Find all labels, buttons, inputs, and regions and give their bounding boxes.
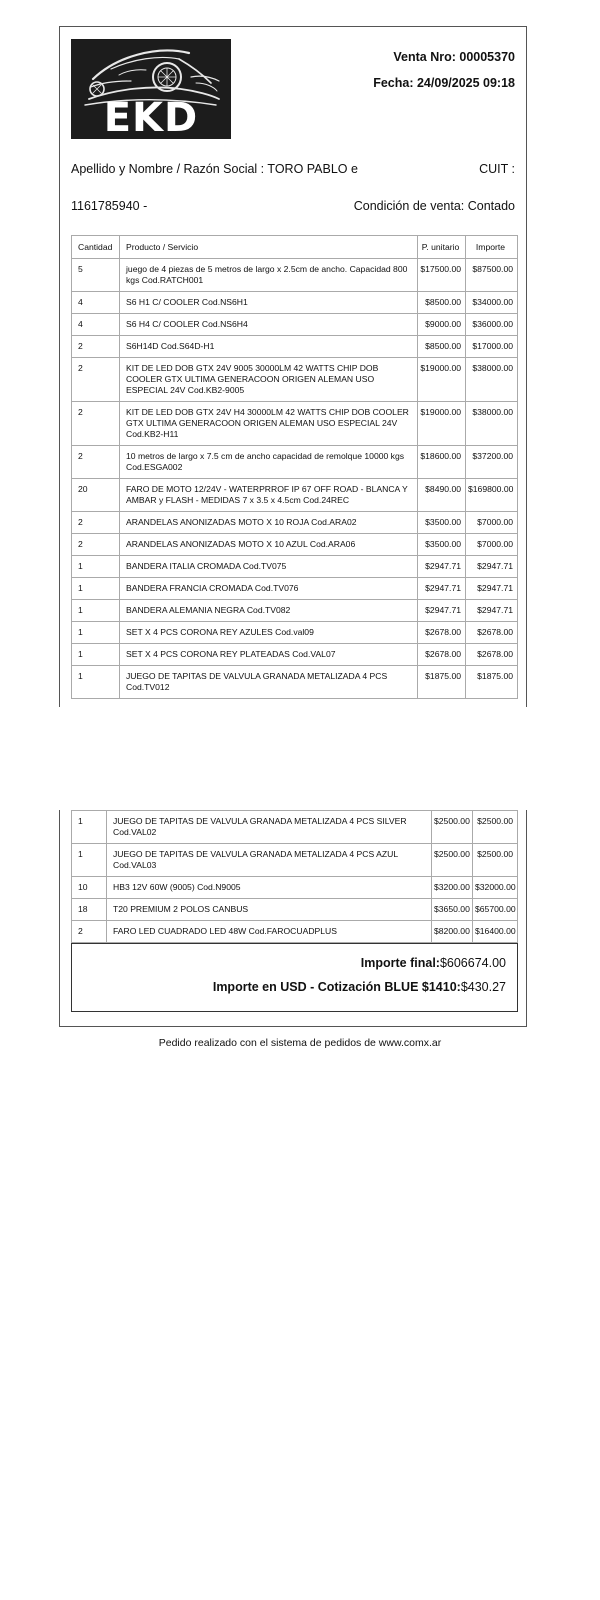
table-row: 2S6H14D Cod.S64D-H1$8500.00$17000.00 — [72, 336, 518, 358]
row-product: JUEGO DE TAPITAS DE VALVULA GRANADA META… — [107, 844, 432, 877]
items-table-continued: 1JUEGO DE TAPITAS DE VALVULA GRANADA MET… — [71, 810, 518, 943]
header-product: Producto / Servicio — [120, 236, 418, 259]
row-unit-price: $3650.00 — [432, 899, 473, 921]
row-product: S6H14D Cod.S64D-H1 — [120, 336, 418, 358]
row-product: T20 PREMIUM 2 POLOS CANBUS — [107, 899, 432, 921]
table-row: 1SET X 4 PCS CORONA REY AZULES Cod.val09… — [72, 622, 518, 644]
row-unit-price: $2947.71 — [418, 600, 466, 622]
company-logo: EKD — [71, 39, 231, 139]
row-quantity: 1 — [72, 811, 107, 844]
row-quantity: 4 — [72, 314, 120, 336]
row-product: BANDERA ITALIA CROMADA Cod.TV075 — [120, 556, 418, 578]
table-row: 5juego de 4 piezas de 5 metros de largo … — [72, 259, 518, 292]
row-unit-price: $3500.00 — [418, 512, 466, 534]
row-unit-price: $2947.71 — [418, 556, 466, 578]
row-unit-price: $2500.00 — [432, 811, 473, 844]
table-row: 1BANDERA ALEMANIA NEGRA Cod.TV082$2947.7… — [72, 600, 518, 622]
table-row: 1JUEGO DE TAPITAS DE VALVULA GRANADA MET… — [72, 844, 518, 877]
row-unit-price: $8490.00 — [418, 479, 466, 512]
table-row: 20FARO DE MOTO 12/24V - WATERPRROF IP 67… — [72, 479, 518, 512]
usd-amount: Importe en USD - Cotización BLUE $1410:$… — [213, 980, 506, 994]
row-product: JUEGO DE TAPITAS DE VALVULA GRANADA META… — [120, 666, 418, 699]
sale-number: Venta Nro: 00005370 — [393, 50, 515, 64]
customer-name: Apellido y Nombre / Razón Social : TORO … — [71, 162, 358, 176]
row-quantity: 5 — [72, 259, 120, 292]
row-amount: $17000.00 — [466, 336, 518, 358]
row-amount: $7000.00 — [466, 512, 518, 534]
row-unit-price: $1875.00 — [418, 666, 466, 699]
row-unit-price: $3200.00 — [432, 877, 473, 899]
table-row: 18T20 PREMIUM 2 POLOS CANBUS$3650.00$657… — [72, 899, 518, 921]
row-amount: $36000.00 — [466, 314, 518, 336]
row-amount: $2500.00 — [473, 844, 518, 877]
customer-phone: 1161785940 - — [71, 199, 147, 213]
row-amount: $7000.00 — [466, 534, 518, 556]
row-amount: $65700.00 — [473, 899, 518, 921]
row-amount: $2500.00 — [473, 811, 518, 844]
row-unit-price: $2947.71 — [418, 578, 466, 600]
invoice-page-1: EKD Venta Nro: 00005370 Fecha: 24/09/202… — [59, 26, 527, 707]
row-quantity: 2 — [72, 446, 120, 479]
row-product: juego de 4 piezas de 5 metros de largo x… — [120, 259, 418, 292]
logo-text: EKD — [71, 95, 231, 139]
row-product: HB3 12V 60W (9005) Cod.N9005 — [107, 877, 432, 899]
row-quantity: 2 — [72, 336, 120, 358]
row-amount: $16400.00 — [473, 921, 518, 943]
row-amount: $87500.00 — [466, 259, 518, 292]
row-amount: $38000.00 — [466, 358, 518, 402]
row-quantity: 10 — [72, 877, 107, 899]
row-amount: $34000.00 — [466, 292, 518, 314]
row-quantity: 18 — [72, 899, 107, 921]
table-row: 1JUEGO DE TAPITAS DE VALVULA GRANADA MET… — [72, 666, 518, 699]
items-table: Cantidad Producto / Servicio P. unitario… — [71, 235, 518, 699]
header-unit-price: P. unitario — [418, 236, 466, 259]
final-amount: Importe final:$606674.00 — [361, 956, 506, 970]
table-row: 2ARANDELAS ANONIZADAS MOTO X 10 AZUL Cod… — [72, 534, 518, 556]
row-product: KIT DE LED DOB GTX 24V 9005 30000LM 42 W… — [120, 358, 418, 402]
row-product: ARANDELAS ANONIZADAS MOTO X 10 ROJA Cod.… — [120, 512, 418, 534]
row-product: S6 H4 C/ COOLER Cod.NS6H4 — [120, 314, 418, 336]
row-quantity: 2 — [72, 512, 120, 534]
row-quantity: 1 — [72, 666, 120, 699]
row-product: JUEGO DE TAPITAS DE VALVULA GRANADA META… — [107, 811, 432, 844]
row-amount: $38000.00 — [466, 402, 518, 446]
sale-condition: Condición de venta: Contado — [354, 199, 515, 213]
table-row: 2ARANDELAS ANONIZADAS MOTO X 10 ROJA Cod… — [72, 512, 518, 534]
row-amount: $32000.00 — [473, 877, 518, 899]
row-product: BANDERA FRANCIA CROMADA Cod.TV076 — [120, 578, 418, 600]
table-row: 4S6 H1 C/ COOLER Cod.NS6H1$8500.00$34000… — [72, 292, 518, 314]
row-quantity: 2 — [72, 534, 120, 556]
row-unit-price: $19000.00 — [418, 358, 466, 402]
row-quantity: 2 — [72, 921, 107, 943]
totals-box: Importe final:$606674.00 Importe en USD … — [71, 943, 518, 1012]
row-amount: $2947.71 — [466, 600, 518, 622]
table-row: 2KIT DE LED DOB GTX 24V 9005 30000LM 42 … — [72, 358, 518, 402]
row-product: S6 H1 C/ COOLER Cod.NS6H1 — [120, 292, 418, 314]
sale-date: Fecha: 24/09/2025 09:18 — [373, 76, 515, 90]
table-header-row: Cantidad Producto / Servicio P. unitario… — [72, 236, 518, 259]
table-row: 2KIT DE LED DOB GTX 24V H4 30000LM 42 WA… — [72, 402, 518, 446]
row-unit-price: $17500.00 — [418, 259, 466, 292]
table-row: 4S6 H4 C/ COOLER Cod.NS6H4$9000.00$36000… — [72, 314, 518, 336]
row-quantity: 2 — [72, 402, 120, 446]
table-row: 1BANDERA ITALIA CROMADA Cod.TV075$2947.7… — [72, 556, 518, 578]
row-amount: $1875.00 — [466, 666, 518, 699]
row-amount: $2947.71 — [466, 556, 518, 578]
row-unit-price: $8200.00 — [432, 921, 473, 943]
row-amount: $169800.00 — [466, 479, 518, 512]
row-quantity: 1 — [72, 556, 120, 578]
customer-cuit: CUIT : — [479, 162, 515, 176]
row-unit-price: $2678.00 — [418, 622, 466, 644]
row-unit-price: $9000.00 — [418, 314, 466, 336]
row-product: BANDERA ALEMANIA NEGRA Cod.TV082 — [120, 600, 418, 622]
header-amount: Importe — [466, 236, 518, 259]
invoice-page-2: 1JUEGO DE TAPITAS DE VALVULA GRANADA MET… — [59, 810, 527, 1027]
row-quantity: 1 — [72, 644, 120, 666]
table-row: 210 metros de largo x 7.5 cm de ancho ca… — [72, 446, 518, 479]
footer-note: Pedido realizado con el sistema de pedid… — [0, 1037, 600, 1049]
row-quantity: 20 — [72, 479, 120, 512]
table-row: 10HB3 12V 60W (9005) Cod.N9005$3200.00$3… — [72, 877, 518, 899]
row-unit-price: $8500.00 — [418, 292, 466, 314]
row-amount: $37200.00 — [466, 446, 518, 479]
row-quantity: 4 — [72, 292, 120, 314]
row-product: SET X 4 PCS CORONA REY PLATEADAS Cod.VAL… — [120, 644, 418, 666]
row-unit-price: $8500.00 — [418, 336, 466, 358]
row-product: FARO LED CUADRADO LED 48W Cod.FAROCUADPL… — [107, 921, 432, 943]
table-row: 1SET X 4 PCS CORONA REY PLATEADAS Cod.VA… — [72, 644, 518, 666]
row-unit-price: $3500.00 — [418, 534, 466, 556]
table-row: 2FARO LED CUADRADO LED 48W Cod.FAROCUADP… — [72, 921, 518, 943]
table-row: 1BANDERA FRANCIA CROMADA Cod.TV076$2947.… — [72, 578, 518, 600]
row-product: 10 metros de largo x 7.5 cm de ancho cap… — [120, 446, 418, 479]
row-amount: $2678.00 — [466, 644, 518, 666]
table-row: 1JUEGO DE TAPITAS DE VALVULA GRANADA MET… — [72, 811, 518, 844]
row-quantity: 1 — [72, 622, 120, 644]
row-unit-price: $19000.00 — [418, 402, 466, 446]
row-product: SET X 4 PCS CORONA REY AZULES Cod.val09 — [120, 622, 418, 644]
row-product: KIT DE LED DOB GTX 24V H4 30000LM 42 WAT… — [120, 402, 418, 446]
row-unit-price: $2500.00 — [432, 844, 473, 877]
row-amount: $2947.71 — [466, 578, 518, 600]
row-quantity: 1 — [72, 600, 120, 622]
row-unit-price: $18600.00 — [418, 446, 466, 479]
row-amount: $2678.00 — [466, 622, 518, 644]
row-unit-price: $2678.00 — [418, 644, 466, 666]
row-quantity: 1 — [72, 578, 120, 600]
row-quantity: 1 — [72, 844, 107, 877]
header-quantity: Cantidad — [72, 236, 120, 259]
row-product: FARO DE MOTO 12/24V - WATERPRROF IP 67 O… — [120, 479, 418, 512]
row-quantity: 2 — [72, 358, 120, 402]
row-product: ARANDELAS ANONIZADAS MOTO X 10 AZUL Cod.… — [120, 534, 418, 556]
